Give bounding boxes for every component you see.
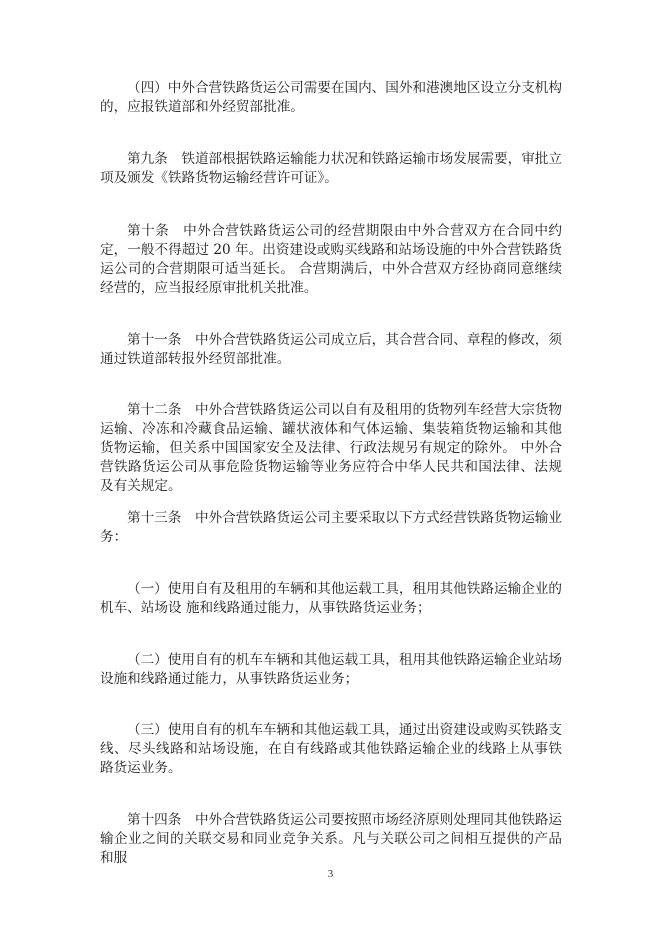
- paragraph-article-11: 第十一条 中外合营铁路货运公司成立后，其合营合同、章程的修改，须通过铁道部转报外…: [100, 331, 562, 369]
- paragraph-article-10: 第十条 中外合营铁路货运公司的经营期限由中外合营双方在合同中约定，一般不得超过 …: [100, 222, 562, 298]
- paragraph-article-14: 第十四条 中外合营铁路货运公司要按照市场经济原则处理同其他铁路运输企业之间的关联…: [100, 811, 562, 868]
- paragraph-article-9: 第九条 铁道部根据铁路运输能力状况和铁路运输市场发展需要，审批立项及颁发《铁路货…: [100, 150, 562, 188]
- paragraph-article-12: 第十二条 中外合营铁路货运公司以自有及租用的货物列车经营大宗货物运输、冷冻和冷藏…: [100, 401, 562, 496]
- paragraph-item-13-3: （三）使用自有的机车车辆和其他运载工具，通过出资建设或购买铁路支线、尽头线路和站…: [100, 721, 562, 778]
- page-number: 3: [0, 868, 661, 880]
- paragraph-item-13-2: （二）使用自有的机车车辆和其他运载工具，租用其他铁路运输企业站场设施和线路通过能…: [100, 651, 562, 689]
- paragraph-item-13-1: （一）使用自有及租用的车辆和其他运载工具，租用其他铁路运输企业的机车、站场设 施…: [100, 580, 562, 618]
- paragraph-item-4: （四）中外合营铁路货运公司需要在国内、国外和港澳地区设立分支机构的，应报铁道部和…: [100, 79, 562, 117]
- paragraph-article-13: 第十三条 中外合营铁路货运公司主要采取以下方式经营铁路货物运输业务：: [100, 509, 562, 547]
